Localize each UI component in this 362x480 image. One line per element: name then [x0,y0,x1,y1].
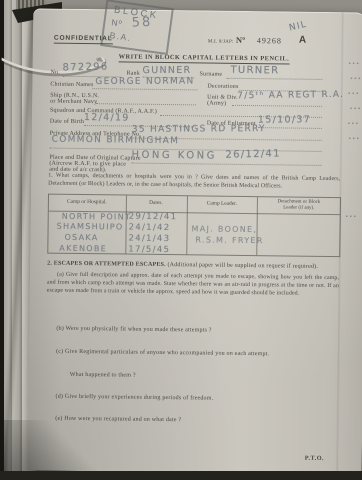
camp-date: 17/5/45 [128,245,170,256]
margin-pencil-marks [346,215,356,218]
series-letter: A [299,35,307,46]
question-2c-text: (c) Give Regimental particulars of anyon… [56,349,269,358]
dotted-leader [96,102,196,105]
margin-pencil-marks [350,77,360,80]
margin-pencil-marks [350,107,360,110]
service-no-label: No. [50,70,60,76]
question-2a-text: (a) Give full description and approx. da… [47,272,339,299]
margin-pencil-marks [349,137,359,140]
camp-date: 24/1/43 [128,234,170,245]
question-2d-text: (d) Give briefly your experiences during… [55,394,213,402]
enlistment-value: 15/10/37 [258,114,311,125]
question-2-note: (Additional paper will be supplied on re… [166,262,318,270]
camp-date: 29/12/41 [129,212,178,223]
question-1-text: 1. What camps, detachments or hospitals … [48,173,340,192]
col-header-detachment-2: Leader (if any). [283,205,314,210]
table-divider [125,196,127,254]
pto-marking: P.T.O. [305,455,324,462]
surname-value: TURNER [230,65,279,77]
stamp-block-number-handwritten: 58 [131,15,152,31]
mi9-number: 49268 [257,36,282,45]
photo-bottom-edge [0,471,362,480]
surname-label: Surname [199,71,222,77]
dotted-leader [232,104,322,107]
camps-table: Camp or Hospital. Dates. Camp Leader. De… [47,194,341,258]
mi9-no-label: Nº [236,35,245,45]
decorations-label: Decorations [207,84,238,90]
block-number-stamp: BLOCK Nº 58 B.A. [100,0,174,55]
block-capitals-instruction: WRITE IN BLOCK CAPITAL LETTERS IN PENCIL… [119,53,290,64]
capture-place-value: HONG KONG [131,150,217,162]
dotted-leader [92,87,197,90]
dob-value: 12/4/19 [84,112,130,124]
margin-pencil-marks [348,122,358,125]
document-photo: BLOCK Nº 58 B.A. CONFIDENTIAL M.I. 9/JAP… [0,0,362,480]
camp-entry: SHAMSHUIPO [57,222,124,232]
unit-value: 7/5ᵗʰ AA REGT R.A. [237,90,344,101]
camp-entry: OSAKA [64,233,98,242]
camp-leader: MAJ. BOONE, [192,224,258,234]
mi9-label: M.I. 9/JAP: [208,40,234,45]
dob-label: Date of Birth [50,119,84,125]
margin-pencil-marks [348,92,358,95]
dotted-leader [131,162,321,166]
unit-label-line2: (Army) [207,101,226,107]
confidential-marking: CONFIDENTIAL [54,35,113,45]
pow-form-page: BLOCK Nº 58 B.A. CONFIDENTIAL M.I. 9/JAP… [28,8,362,474]
address-value-line2: COMMON BIRMINGHAM [52,135,180,147]
christian-names-label: Christian Names [50,82,93,89]
margin-pencil-marks [349,62,359,65]
capture-date-value: 26/12/41 [225,148,281,160]
col-header-detachment-1: Detachment or Block [278,199,321,205]
col-header-camp: Camp or Hospital. [67,199,107,205]
camp-leader: R.S.M. FRYER [195,235,263,245]
camp-entry: AKENOBE [59,244,107,254]
camp-date: 24/1/42 [129,223,171,234]
rank-label: Rank [126,71,140,77]
address-value-line1: 35 HASTINGS RD PERRY [132,124,266,135]
table-divider [186,196,188,254]
question-2-heading: 2. ESCAPES OR ATTEMPTED ESCAPES. [47,261,166,268]
rank-value: GUNNER [142,65,191,76]
question-2c-followup: What happened to them ? [70,372,136,379]
camp-entry: NORTH POINT [62,212,131,222]
stamp-no-label: Nº [111,17,123,28]
question-2b-text: (b) Were you physically fit when you mad… [56,326,211,334]
col-header-leader: Camp Leader. [207,201,237,207]
nil-annotation: NIL [288,20,308,34]
christian-names-value: GEORGE NORMAN [95,76,194,87]
dotted-leader [226,77,322,80]
ship-label-line2: or Merchant Navy [50,99,97,106]
dotted-leader [258,126,322,129]
col-header-dates: Dates. [149,200,163,206]
service-no-value: 872296 [62,62,108,74]
